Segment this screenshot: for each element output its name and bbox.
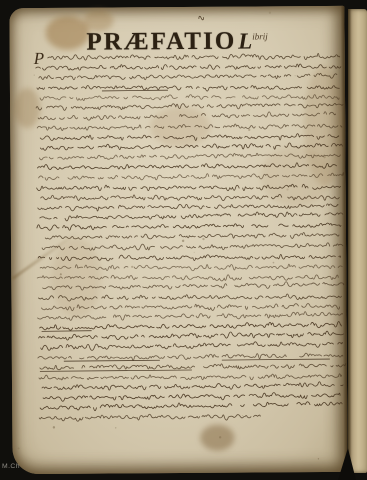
manuscript-line — [39, 153, 340, 160]
manuscript-line — [40, 94, 339, 102]
underline-stroke — [42, 331, 92, 332]
manuscript-line — [37, 223, 341, 231]
manuscript-line — [41, 303, 339, 312]
manuscript-line — [36, 103, 343, 111]
manuscript-line — [37, 274, 338, 282]
manuscript-line — [40, 402, 342, 411]
manuscript-line — [40, 211, 343, 221]
manuscript-line — [41, 193, 340, 202]
paper-speckle — [286, 188, 288, 190]
manuscript-line — [43, 392, 340, 401]
manuscript-line — [38, 254, 340, 262]
paper-speckle — [202, 238, 204, 240]
paper-speckle — [269, 12, 271, 14]
manuscript-line — [40, 263, 342, 272]
paper-speckle — [60, 273, 62, 275]
underline-stroke — [64, 360, 160, 361]
paper-speckle — [242, 415, 243, 416]
paper-speckle — [34, 74, 35, 75]
paper-speckle — [78, 127, 80, 129]
watermark-label: M.Ch — [2, 463, 20, 470]
paper-speckle — [117, 107, 119, 109]
paper-speckle — [53, 426, 55, 428]
manuscript-line — [37, 84, 339, 92]
drop-capital: P — [33, 49, 45, 68]
manuscript-line — [37, 184, 341, 193]
manuscript-line — [36, 63, 341, 70]
paper-speckle — [142, 364, 143, 365]
paper-speckle — [139, 159, 140, 160]
manuscript-line — [37, 123, 342, 130]
paper-speckle — [219, 436, 221, 438]
manuscript-line — [39, 173, 344, 181]
paper-speckle — [270, 324, 271, 325]
paper-speckle — [18, 447, 20, 449]
manuscript-line — [43, 281, 344, 290]
manuscript-page: PRÆFATIOLibrij ∿ P — [9, 6, 347, 474]
paper-speckle — [117, 405, 119, 407]
manuscript-line — [45, 232, 339, 240]
manuscript-line — [42, 243, 343, 251]
manuscript-line — [40, 363, 346, 370]
paper-speckle — [273, 262, 275, 264]
manuscript-line — [37, 163, 336, 171]
paper-speckle — [137, 88, 138, 89]
paper-speckle — [182, 240, 184, 242]
manuscript-line — [39, 373, 342, 381]
manuscript-line — [40, 133, 339, 141]
manuscript-line — [38, 294, 341, 302]
handwriting-svg: P — [9, 6, 347, 474]
underline-stroke — [102, 90, 168, 91]
paper-speckle — [318, 458, 319, 459]
manuscript-line — [38, 353, 343, 361]
manuscript-line — [40, 322, 342, 331]
paper-speckle — [131, 266, 133, 268]
underline-stroke — [222, 359, 330, 360]
manuscript-line — [42, 382, 343, 391]
scan-background: { "document": { "kind": "handwritten man… — [0, 0, 367, 480]
manuscript-line — [40, 143, 342, 151]
manuscript-line — [39, 414, 260, 422]
manuscript-line — [39, 73, 337, 80]
manuscript-line — [38, 111, 335, 120]
paper-speckle — [194, 252, 195, 253]
paper-speckle — [248, 129, 250, 131]
paper-speckle — [323, 156, 325, 158]
paper-speckle — [244, 334, 247, 337]
underline-stroke — [40, 370, 192, 371]
manuscript-line — [48, 53, 340, 61]
manuscript-line — [38, 311, 343, 320]
paper-speckle — [294, 75, 295, 76]
next-page-edge — [348, 9, 367, 473]
manuscript-line — [39, 331, 344, 340]
manuscript-line — [41, 341, 343, 351]
paper-speckle — [115, 427, 116, 428]
manuscript-line — [38, 203, 338, 211]
